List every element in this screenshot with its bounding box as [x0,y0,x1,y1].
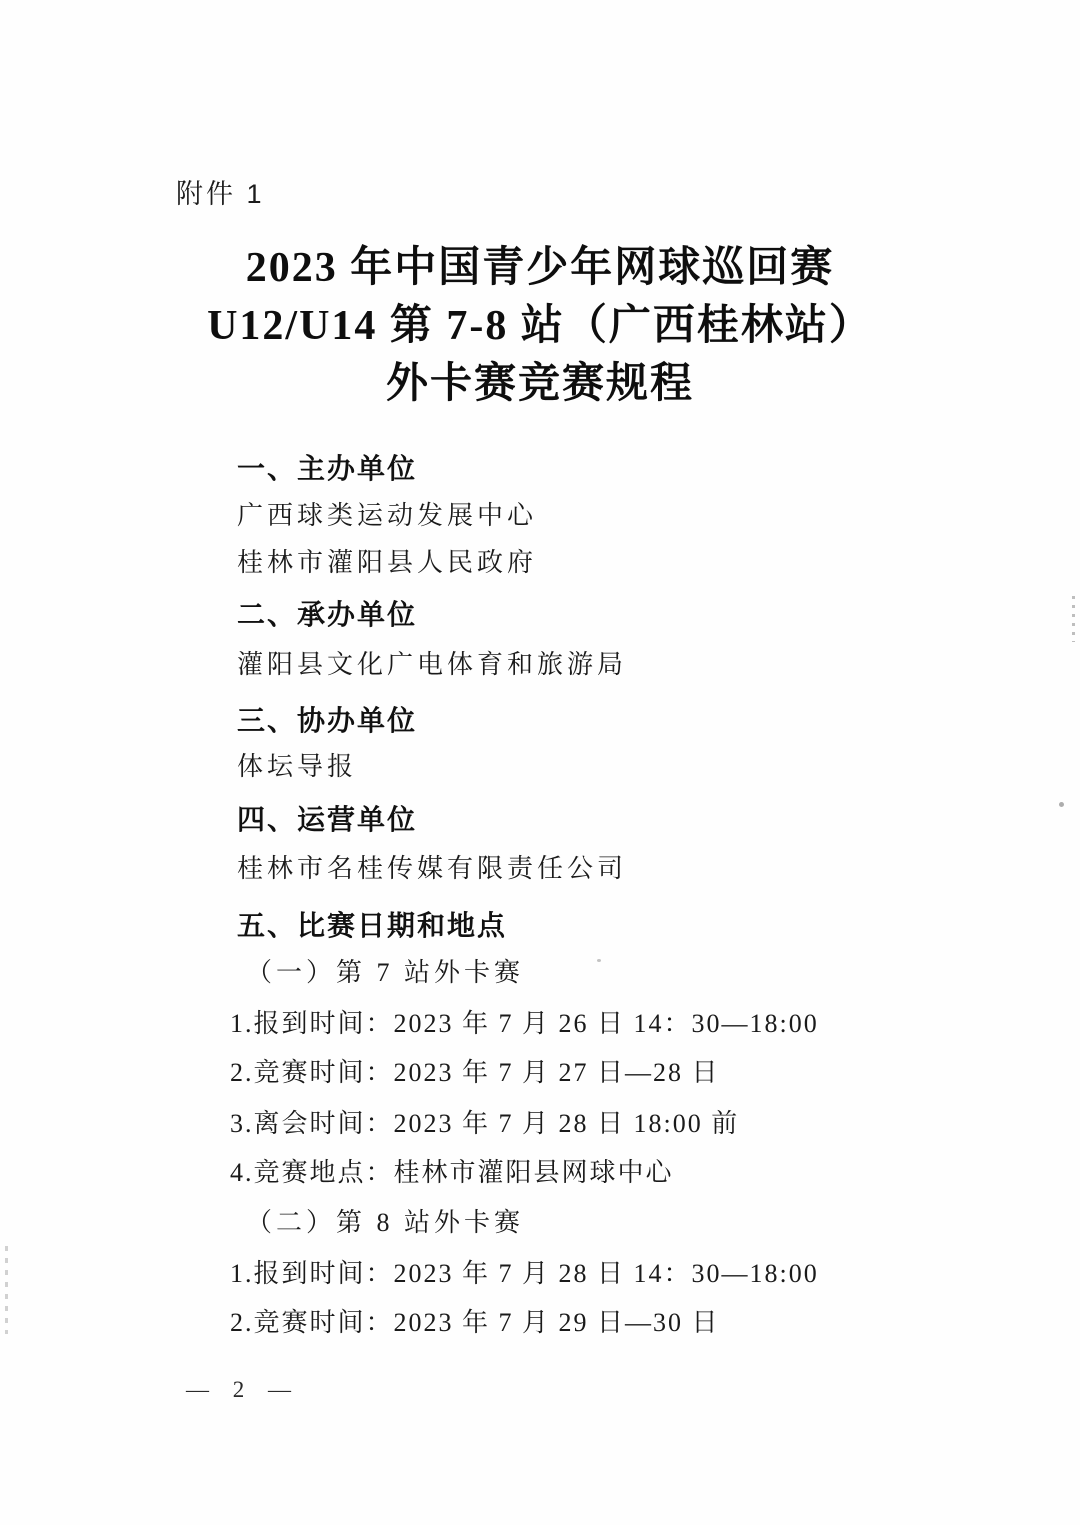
stop7-competition-time: 2.竞赛时间：2023 年 7 月 27 日—28 日 [230,1057,720,1089]
scan-artifact-speck [1059,802,1064,807]
scan-artifact-right-dots [1072,596,1075,642]
co-organizer-name: 体坛导报 [237,751,357,783]
stop7-venue: 4.竞赛地点：桂林市灌阳县网球中心 [230,1157,674,1189]
stop8-checkin-time: 1.报到时间：2023 年 7 月 28 日 14：30—18:00 [230,1258,819,1290]
document-title: 2023 年中国青少年网球巡回赛 U12/U14 第 7-8 站（广西桂林站） … [0,239,1080,413]
attachment-label: 附件 1 [176,172,265,211]
section-heading-co-organizer: 三、协办单位 [237,705,417,737]
scan-artifact-speck [597,959,601,962]
title-line-2: U12/U14 第 7-8 站（广西桂林站） [0,297,1080,355]
title-line-3: 外卡赛竞赛规程 [0,355,1080,413]
subsection-stop8-heading: （二）第 8 站外卡赛 [246,1207,524,1239]
stop7-checkin-time: 1.报到时间：2023 年 7 月 26 日 14：30—18:00 [230,1008,819,1040]
title-line-1: 2023 年中国青少年网球巡回赛 [0,239,1080,297]
organizer-name-1: 广西球类运动发展中心 [237,500,537,532]
stop7-departure-time: 3.离会时间：2023 年 7 月 28 日 18:00 前 [230,1108,739,1140]
organizer-name-2: 桂林市灌阳县人民政府 [237,547,537,579]
page-number: — 2 — [186,1377,291,1403]
section-heading-operator: 四、运营单位 [237,804,417,836]
section-heading-organizer: 一、主办单位 [237,453,417,485]
stop8-competition-time: 2.竞赛时间：2023 年 7 月 29 日—30 日 [230,1307,720,1339]
subsection-stop7-heading: （一）第 7 站外卡赛 [246,957,524,989]
section-heading-undertaker: 二、承办单位 [237,599,417,631]
section-heading-date-venue: 五、比赛日期和地点 [237,910,507,942]
undertaker-name: 灌阳县文化广电体育和旅游局 [237,649,627,681]
scanned-document-page: 附件 1 2023 年中国青少年网球巡回赛 U12/U14 第 7-8 站（广西… [0,0,1080,1525]
operator-name: 桂林市名桂传媒有限责任公司 [237,853,627,885]
scan-artifact-left-dashes [5,1246,8,1334]
